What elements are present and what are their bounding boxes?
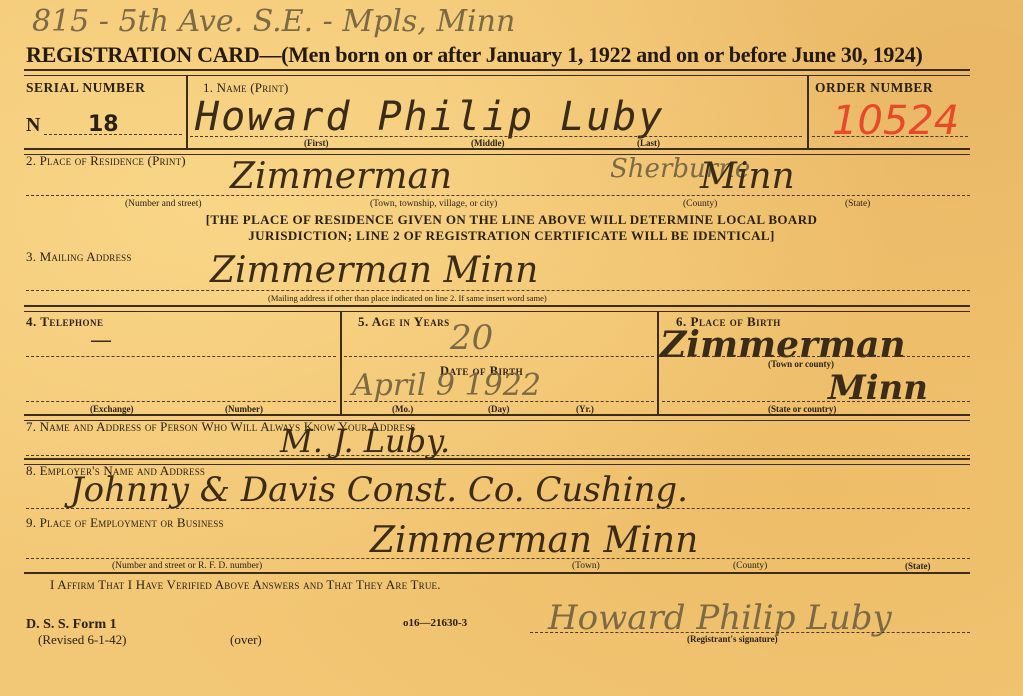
employment-town-caption: (Town) <box>572 561 600 571</box>
name-first-caption: (First) <box>304 138 329 148</box>
name-last-caption: (Last) <box>637 138 660 148</box>
residence-county-caption: (County) <box>683 199 717 209</box>
form-number: D. S. S. Form 1 <box>26 617 117 633</box>
telephone-line-1 <box>26 356 336 357</box>
row-rule <box>24 305 970 312</box>
employment-line <box>26 558 970 559</box>
affirmation-text: I Affirm That I Have Verified Above Answ… <box>50 577 441 593</box>
row-rule <box>24 572 970 574</box>
telephone-value: — <box>90 328 112 353</box>
residence-notice-line1: [THE PLACE OF RESIDENCE GIVEN ON THE LIN… <box>0 212 1023 228</box>
birthplace-state-line <box>662 401 970 402</box>
age-line <box>344 356 654 357</box>
age-label: 5. Age in Years <box>358 314 450 330</box>
over-note: (over) <box>230 632 262 648</box>
birthplace-state-value: Minn <box>828 368 928 408</box>
residence-state-caption: (State) <box>845 199 870 209</box>
employment-county-caption: (County) <box>733 561 767 571</box>
residence-state-value: Minn <box>700 156 795 197</box>
form-revised: (Revised 6-1-42) <box>38 632 126 648</box>
order-number-label: ORDER NUMBER <box>815 80 933 96</box>
order-number-value: 10524 <box>832 98 959 144</box>
top-handwritten-address: 815 - 5th Ave. S.E. - Mpls, Minn <box>32 4 515 39</box>
residence-town-value: Zimmerman <box>230 156 452 197</box>
serial-line <box>44 134 182 135</box>
card-title: REGISTRATION CARD—(Men born on or after … <box>26 42 923 68</box>
residence-line <box>26 195 970 196</box>
employer-line <box>26 508 970 509</box>
residence-label: 2. Place of Residence (Print) <box>26 153 186 169</box>
age-value: 20 <box>450 318 493 358</box>
mailing-caption: (Mailing address if other than place ind… <box>268 293 547 303</box>
divider <box>340 312 342 414</box>
mailing-address-label: 3. Mailing Address <box>26 249 132 265</box>
mailing-line <box>26 290 970 291</box>
employment-label: 9. Place of Employment or Business <box>26 515 224 531</box>
birthplace-town-line <box>662 356 970 357</box>
dob-line <box>344 401 654 402</box>
employment-state-caption: (State) <box>905 561 931 571</box>
serial-prefix: N <box>26 114 40 137</box>
residence-town-caption: (Town, township, village, or city) <box>370 199 497 209</box>
mailing-address-value: Zimmerman Minn <box>210 250 538 291</box>
name-value: Howard Philip Luby <box>195 94 664 140</box>
title-rule <box>24 69 970 76</box>
name-line <box>190 136 802 137</box>
contact-line <box>26 455 970 456</box>
divider <box>807 76 809 148</box>
employer-value: Johnny & Davis Const. Co. Cushing. <box>70 470 688 510</box>
telephone-line-2 <box>26 401 336 402</box>
employment-street-caption: (Number and street or R. F. D. number) <box>112 561 262 571</box>
divider <box>657 312 659 414</box>
residence-notice-line2: JURISDICTION; LINE 2 OF REGISTRATION CER… <box>0 228 1023 244</box>
signature-caption: (Registrant's signature) <box>687 634 778 644</box>
birthplace-state-caption: (State or country) <box>768 404 836 414</box>
telephone-exchange-caption: (Exchange) <box>90 404 134 414</box>
telephone-number-caption: (Number) <box>225 404 263 414</box>
dob-year-caption: (Yr.) <box>576 404 594 414</box>
serial-number-label: SERIAL NUMBER <box>26 80 145 96</box>
order-line <box>812 136 968 137</box>
residence-street-caption: (Number and street) <box>125 199 202 209</box>
employment-value: Zimmerman Minn <box>370 520 698 561</box>
registration-card: 815 - 5th Ave. S.E. - Mpls, Minn REGISTR… <box>0 0 1023 696</box>
dob-day-caption: (Day) <box>488 404 510 414</box>
signature-line <box>530 632 970 633</box>
print-code: o16—21630-3 <box>403 617 467 629</box>
name-middle-caption: (Middle) <box>471 138 505 148</box>
dob-value: April 9 1922 <box>352 368 541 403</box>
divider <box>186 76 188 148</box>
dob-month-caption: (Mo.) <box>392 404 413 414</box>
birthplace-town-caption: (Town or county) <box>768 359 834 369</box>
